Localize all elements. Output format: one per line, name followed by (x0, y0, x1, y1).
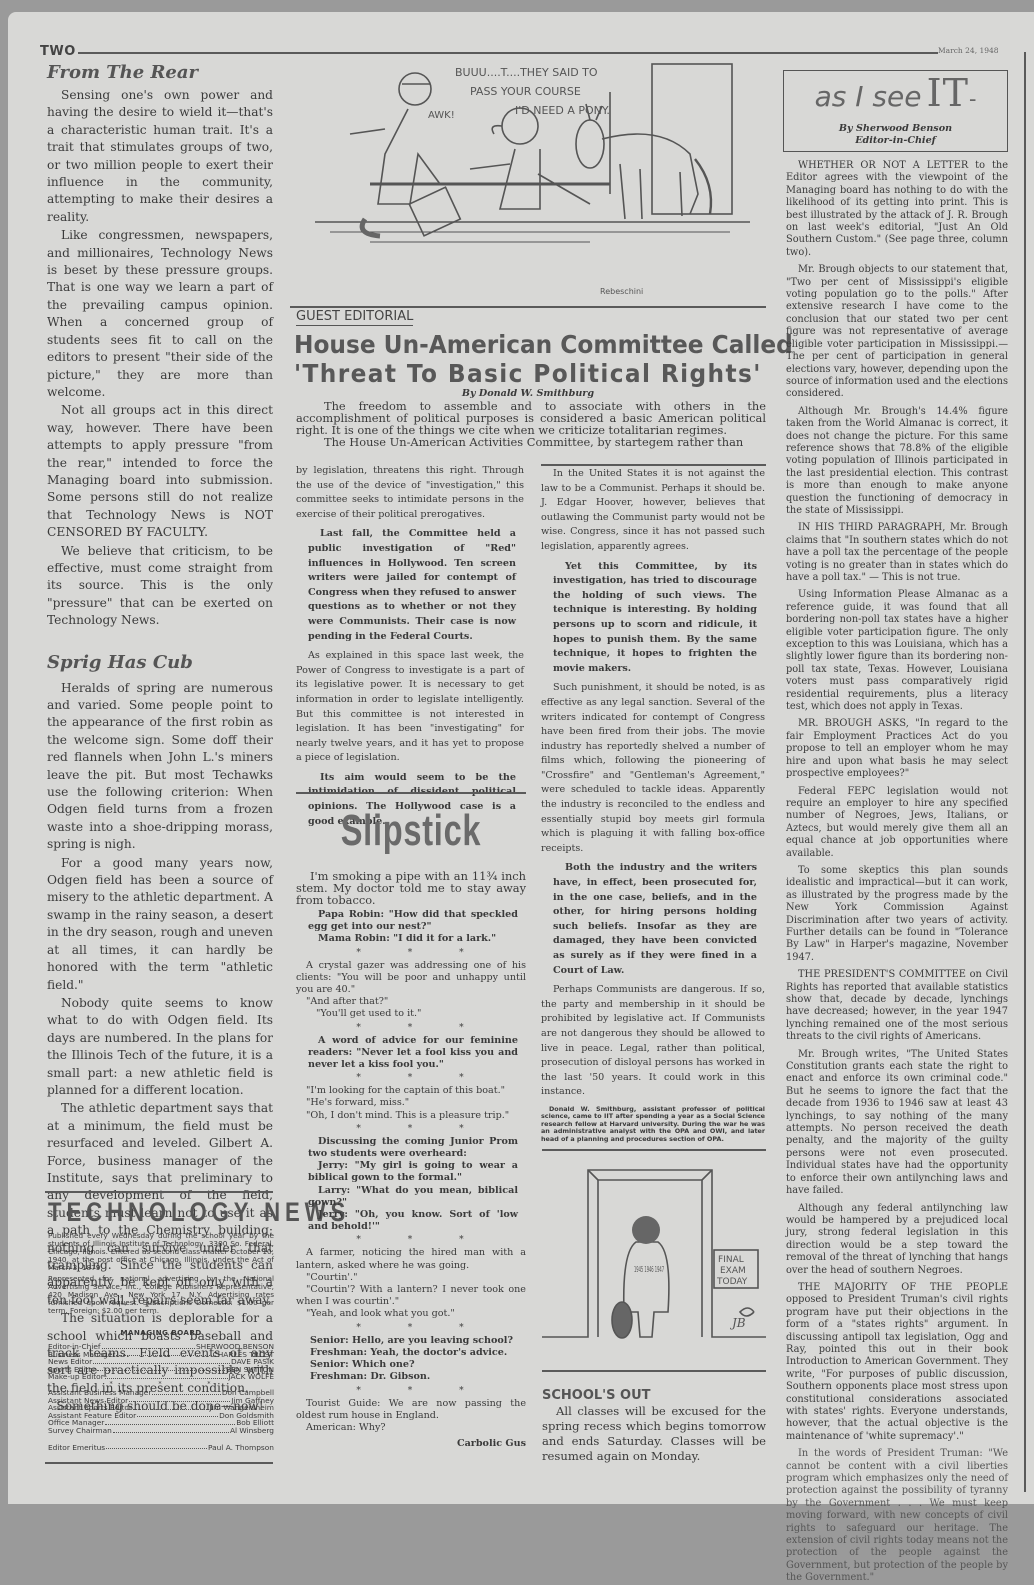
pony-cartoon-drawing: BUUU....T....THEY SAID TO PASS YOUR COUR… (290, 54, 766, 306)
paragraph: Perhaps Communists are dangerous. If so,… (541, 983, 765, 1100)
paragraph: Last fall, the Committee held a public i… (296, 527, 524, 644)
schools-out-title: SCHOOL'S OUT (542, 1388, 651, 1403)
paragraph: Mr. Brough writes, "The United States Co… (786, 1049, 1008, 1198)
editorial-lead: The freedom to assemble and to associate… (296, 400, 766, 448)
editorial-byline: By Donald W. Smithburg (290, 388, 766, 399)
managing-board-title: MANAGING BOARD (48, 1328, 274, 1337)
paragraph: Although Mr. Brough's 14.4% figure taken… (786, 406, 1008, 518)
schools-out-cartoon: 1945 1946 1947 FINAL EXAM TODAY JB (542, 1162, 766, 1362)
paragraph: Federal FEPC legislation would not requi… (786, 786, 1008, 860)
slipstick-column: Slipstick I'm smoking a pipe with an 11¾… (296, 802, 526, 1450)
column-title: as I see IT- (784, 73, 1007, 121)
sign-line: TODAY (716, 1277, 748, 1287)
speech-line: I'D NEED A PONY. (515, 104, 610, 117)
paragraph: THE PRESIDENT'S COMMITTEE on Civil Right… (786, 969, 1008, 1043)
paragraph: by legislation, threatens this right. Th… (296, 464, 524, 522)
advertising-info: Represented for national advertising by … (48, 1275, 274, 1315)
masthead-title: TECHNOLOGY NEWS (48, 1198, 269, 1226)
column-byline-role: Editor-in-Chief (784, 135, 1007, 147)
editorial-column-1: by legislation, threatens this right. Th… (296, 464, 524, 829)
masthead: TECHNOLOGY NEWS Published every Wednesda… (48, 1198, 274, 1451)
separator-stars: * * * (296, 1021, 526, 1035)
paragraph: Although any federal antilynching law wo… (786, 1203, 1008, 1277)
paragraph: Sensing one's own power and having the d… (47, 87, 273, 226)
separator-stars: * * * (296, 1321, 526, 1335)
right-page-border (1024, 52, 1026, 1492)
sign-line: FINAL (718, 1255, 744, 1265)
article-title: Sprig Has Cub (47, 652, 273, 674)
shirt-numbers: 1945 1946 1947 (634, 1265, 664, 1274)
joke: "I'm looking for the captain of this boa… (296, 1085, 526, 1122)
publication-info: Published every Wednesday during the sch… (48, 1232, 274, 1272)
paragraph: Such punishment, it should be noted, is … (541, 681, 765, 856)
paragraph: IN HIS THIRD PARAGRAPH, Mr. Brough claim… (786, 522, 1008, 584)
separator-stars: * * * (296, 1071, 526, 1085)
masthead-rule (45, 1191, 273, 1193)
cartoon-bottom-rule (290, 306, 766, 308)
exclaim-text: AWK! (428, 110, 455, 121)
speech-line: BUUU....T....THEY SAID TO (455, 66, 598, 79)
sign-line: EXAM (720, 1266, 746, 1276)
as-i-see-it-body: WHETHER OR NOT A LETTER to the Editor ag… (786, 160, 1008, 1500)
paragraph: Both the industry and the writers have, … (541, 861, 765, 978)
final-exam-cartoon-drawing: 1945 1946 1947 FINAL EXAM TODAY JB (542, 1162, 766, 1362)
slipstick-top-rule (296, 792, 526, 794)
newspaper-page: TWO March 24, 1948 From The Rear Sensing… (8, 12, 1034, 1500)
separator-stars: * * * (296, 946, 526, 960)
article-title: From The Rear (47, 62, 273, 84)
slipstick-intro: I'm smoking a pipe with an 11¾ inch stem… (296, 870, 526, 906)
page-number-label: TWO (40, 44, 76, 59)
slipstick-title: Slipstick (326, 802, 496, 860)
issue-date: March 24, 1948 (938, 46, 999, 55)
column-byline: By Sherwood Benson (784, 123, 1007, 135)
column-signature: Carbolic Gus (296, 1438, 526, 1450)
joke: Papa Robin: "How did that speckled egg g… (296, 909, 526, 946)
paragraph: In the words of President Truman: "We ca… (786, 1448, 1008, 1500)
paragraph: MR. BROUGH ASKS, "In regard to the fair … (786, 718, 1008, 780)
paragraph: In the United States it is not against t… (541, 467, 765, 555)
schools-out-text: All classes will be excused for the spri… (542, 1404, 766, 1464)
managing-board-list: Editor-in-ChiefSHERWOOD BENSON Business … (48, 1343, 274, 1451)
paragraph: WHETHER OR NOT A LETTER to the Editor ag… (786, 160, 1008, 259)
column-rule (541, 464, 766, 466)
paragraph: To some skeptics this plan sounds ideali… (786, 865, 1008, 964)
paragraph: Not all groups act in this direct way, h… (47, 402, 273, 541)
joke: Discussing the coming Junior Prom two st… (296, 1136, 526, 1234)
paragraph: As explained in this space last week, th… (296, 649, 524, 766)
paragraph: Mr. Brough objects to our statement that… (786, 264, 1008, 400)
cartoonist-signature: JB (729, 1316, 746, 1330)
masthead-bottom-rule (45, 1462, 273, 1464)
separator-stars: * * * (296, 1233, 526, 1247)
paragraph: THE MAJORITY OF THE PEOPLE opposed to Pr… (786, 1282, 1008, 1443)
cartoon-top-rule (542, 1149, 766, 1151)
editorial-column-2: In the United States it is not against t… (541, 467, 765, 1143)
cartoon-bottom-rule (542, 1370, 766, 1372)
separator-stars: * * * (296, 1122, 526, 1136)
joke: Tourist Guide: We are now passing the ol… (296, 1398, 526, 1435)
paragraph: Yet this Committee, by its investigation… (541, 560, 765, 677)
separator-stars: * * * (296, 1384, 526, 1398)
section-label: GUEST EDITORIAL (296, 309, 413, 326)
board-row: Make-up EditorJACK WOLFE (48, 1373, 274, 1381)
paragraph: We believe that criticism, to be effecti… (47, 543, 273, 630)
board-row: Editor EmeritusPaul A. Thompson (48, 1444, 274, 1452)
author-note: Donald W. Smithburg, assistant professor… (541, 1106, 765, 1143)
paragraph: Using Information Please Almanac as a re… (786, 589, 1008, 713)
cartoonist-signature: Rebeschini (600, 287, 643, 296)
paragraph: Nobody quite seems to know what to do wi… (47, 995, 273, 1099)
joke: A word of advice for our feminine reader… (296, 1035, 526, 1072)
paragraph: Heralds of spring are numerous and varie… (47, 680, 273, 854)
pony-cartoon: BUUU....T....THEY SAID TO PASS YOUR COUR… (290, 54, 766, 306)
joke: Senior: Hello, are you leaving school? F… (296, 1335, 526, 1384)
joke: A farmer, noticing the hired man with a … (296, 1247, 526, 1320)
paragraph: Like congressmen, newspapers, and millio… (47, 227, 273, 401)
as-i-see-it-header-box: as I see IT- By Sherwood Benson Editor-i… (783, 70, 1008, 152)
editorial-headline: House Un-American Committee Called 'Thre… (294, 330, 731, 388)
board-row: Survey ChairmanAl Winsberg (48, 1427, 274, 1435)
joke: A crystal gazer was addressing one of hi… (296, 960, 526, 1021)
paragraph: For a good many years now, Odgen field h… (47, 855, 273, 994)
speech-line: PASS YOUR COURSE (470, 85, 581, 98)
